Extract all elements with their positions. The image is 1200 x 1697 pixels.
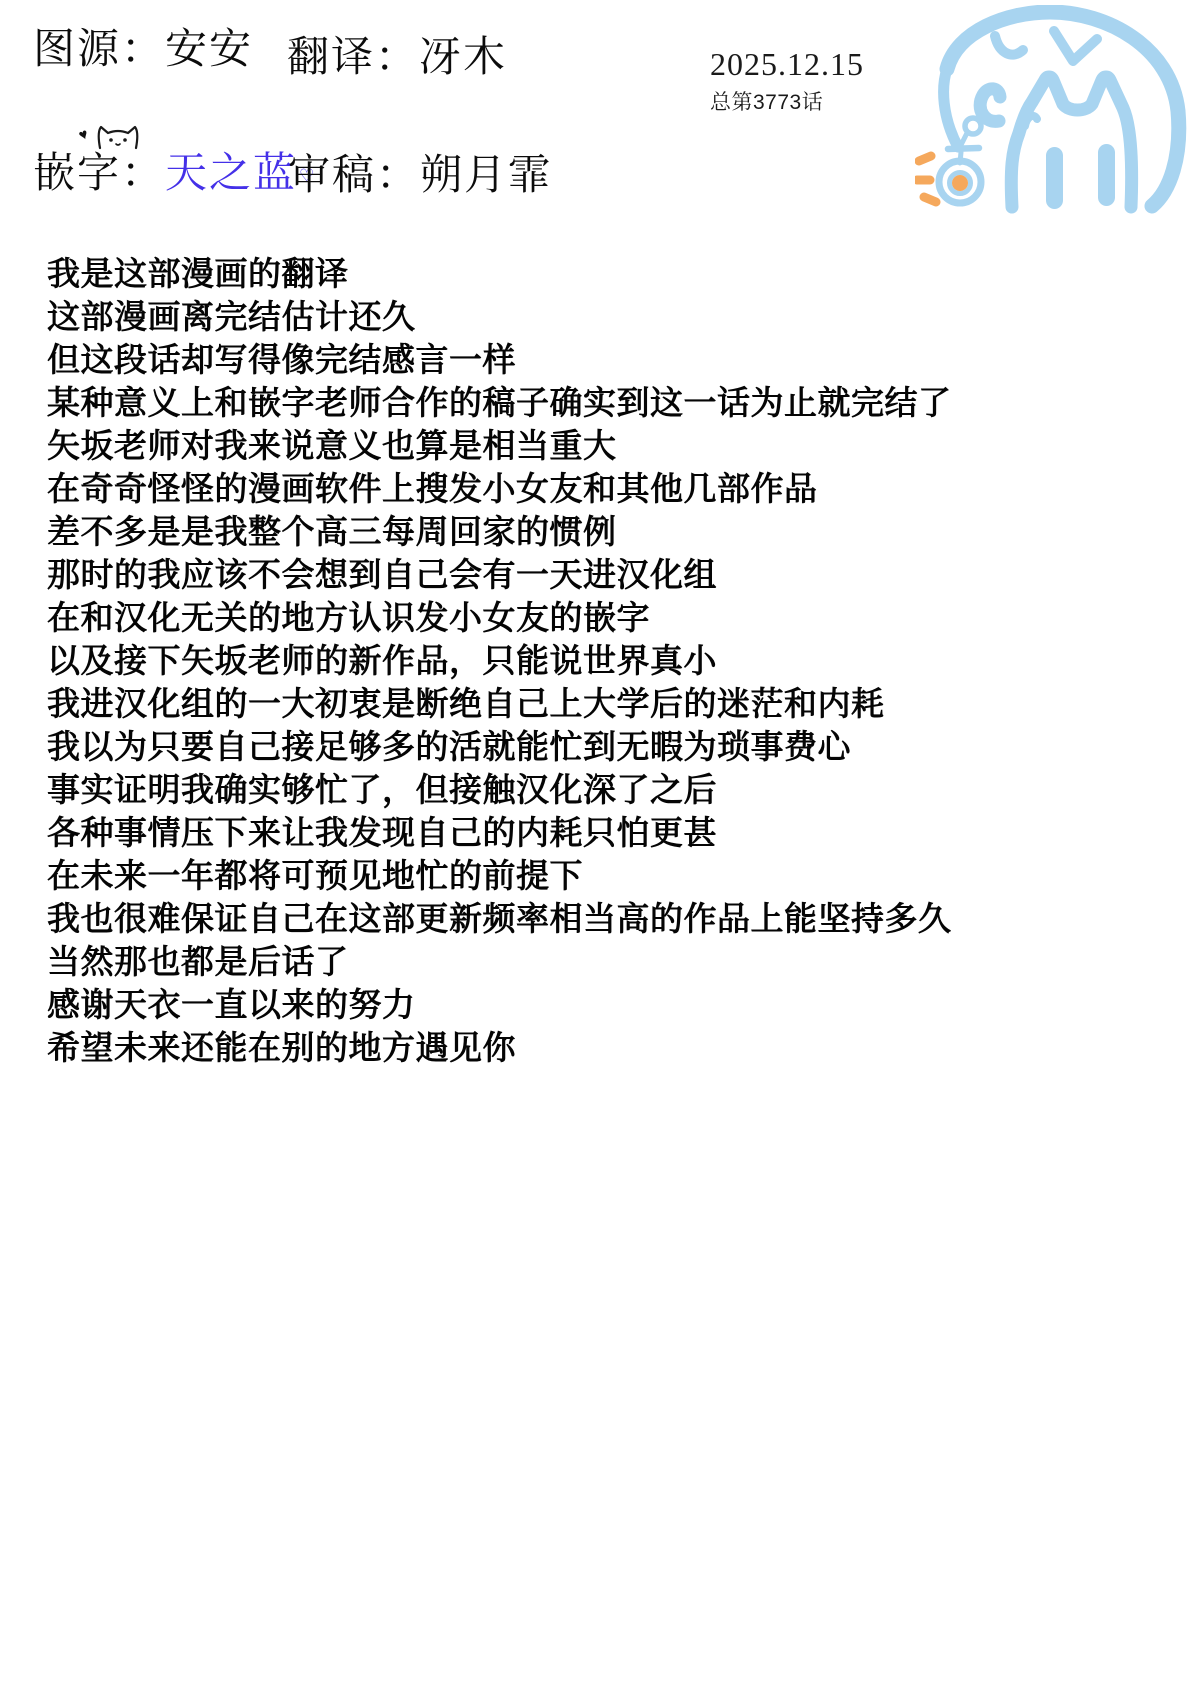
note-line: 在和汉化无关的地方认识发小女友的嵌字 xyxy=(47,596,1177,639)
note-line: 矢坂老师对我来说意义也算是相当重大 xyxy=(47,424,1177,467)
logo-cat-eye-right xyxy=(1098,144,1115,206)
note-line: 希望未来还能在别的地方遇见你 xyxy=(47,1026,1177,1069)
chapter-counter: 总第3773话 xyxy=(710,86,930,116)
credit-name: 冴木 xyxy=(419,33,507,80)
colon-separator: ： xyxy=(121,25,165,72)
note-line: 在奇奇怪怪的漫画软件上搜发小女友和其他几部作品 xyxy=(47,467,1177,510)
logo-cat-tuft xyxy=(1025,116,1037,126)
note-line: 但这段话却写得像完结感言一样 xyxy=(47,338,1177,381)
release-info: 2025.12.15 总第3773话 xyxy=(710,46,930,116)
credit-name: 朔月霏 xyxy=(420,151,552,198)
credit-image-source: 图源：安安 xyxy=(33,16,253,76)
note-line: 各种事情压下来让我发现自己的内耗只怕更甚 xyxy=(47,811,1177,854)
logo-charm-bar xyxy=(948,148,979,149)
logo-tail-tip xyxy=(980,89,1000,122)
logo-seam-mark-left xyxy=(995,36,1023,55)
credit-role-label: 嵌字 xyxy=(33,149,121,196)
translator-note: 我是这部漫画的翻译这部漫画离完结估计还久但这段话却写得像完结感言一样某种意义上和… xyxy=(47,252,1177,1069)
note-line: 感谢天衣一直以来的努力 xyxy=(47,983,1177,1026)
credit-name: 安安 xyxy=(165,25,253,72)
release-date: 2025.12.15 xyxy=(710,46,930,83)
credit-role-label: 审稿 xyxy=(288,151,376,198)
note-line: 以及接下矢坂老师的新作品，只能说世界真小 xyxy=(47,639,1177,682)
credit-role-label: 翻译 xyxy=(287,33,375,80)
heart-icon: ♥ xyxy=(76,125,92,145)
note-line: 当然那也都是后话了 xyxy=(47,940,1177,983)
note-line: 某种意义上和嵌字老师合作的稿子确实到这一话为止就完结了 xyxy=(47,381,1177,424)
note-line: 我也很难保证自己在这部更新频率相当高的作品上能坚持多久 xyxy=(47,897,1177,940)
note-line: 我进汉化组的一大初衷是断绝自己上大学后的迷茫和内耗 xyxy=(47,682,1177,725)
cat-doodle-icon xyxy=(95,120,141,150)
note-line: 我是这部漫画的翻译 xyxy=(47,252,1177,295)
note-line: 那时的我应该不会想到自己会有一天进汉化组 xyxy=(47,553,1177,596)
colon-separator: ： xyxy=(121,149,165,196)
logo-dash-1 xyxy=(919,156,931,161)
credits-page: 图源：安安 翻译：冴木 ♥ 嵌字：天之蓝♡ 审稿：朔月霏 2025.12.15 … xyxy=(0,0,1200,1697)
note-line: 我以为只要自己接足够多的活就能忙到无暇为琐事费心 xyxy=(47,725,1177,768)
note-line: 差不多是是我整个高三每周回家的惯例 xyxy=(47,510,1177,553)
group-logo xyxy=(915,5,1200,220)
note-line: 事实证明我确实够忙了，但接触汉化深了之后 xyxy=(47,768,1177,811)
logo-cat-eye-left xyxy=(1046,147,1063,209)
logo-charm-dot xyxy=(952,175,968,191)
credit-name: 天之蓝 xyxy=(165,149,297,196)
logo-charm-link xyxy=(961,133,967,145)
cat-ball-charm-logo-svg xyxy=(915,5,1200,220)
logo-dash-3 xyxy=(924,197,936,202)
note-line: 在未来一年都将可预见地忙的前提下 xyxy=(47,854,1177,897)
credit-role-label: 图源 xyxy=(33,25,121,72)
credit-typesetter: ♥ 嵌字：天之蓝♡ xyxy=(33,140,316,200)
note-line: 这部漫画离完结估计还久 xyxy=(47,295,1177,338)
credit-proofreader: 审稿：朔月霏 xyxy=(288,142,552,202)
logo-left-tail xyxy=(944,69,958,147)
logo-seam-mark-right xyxy=(1054,31,1097,61)
colon-separator: ： xyxy=(376,151,420,198)
colon-separator: ： xyxy=(375,33,419,80)
credit-translator: 翻译：冴木 xyxy=(287,24,507,84)
